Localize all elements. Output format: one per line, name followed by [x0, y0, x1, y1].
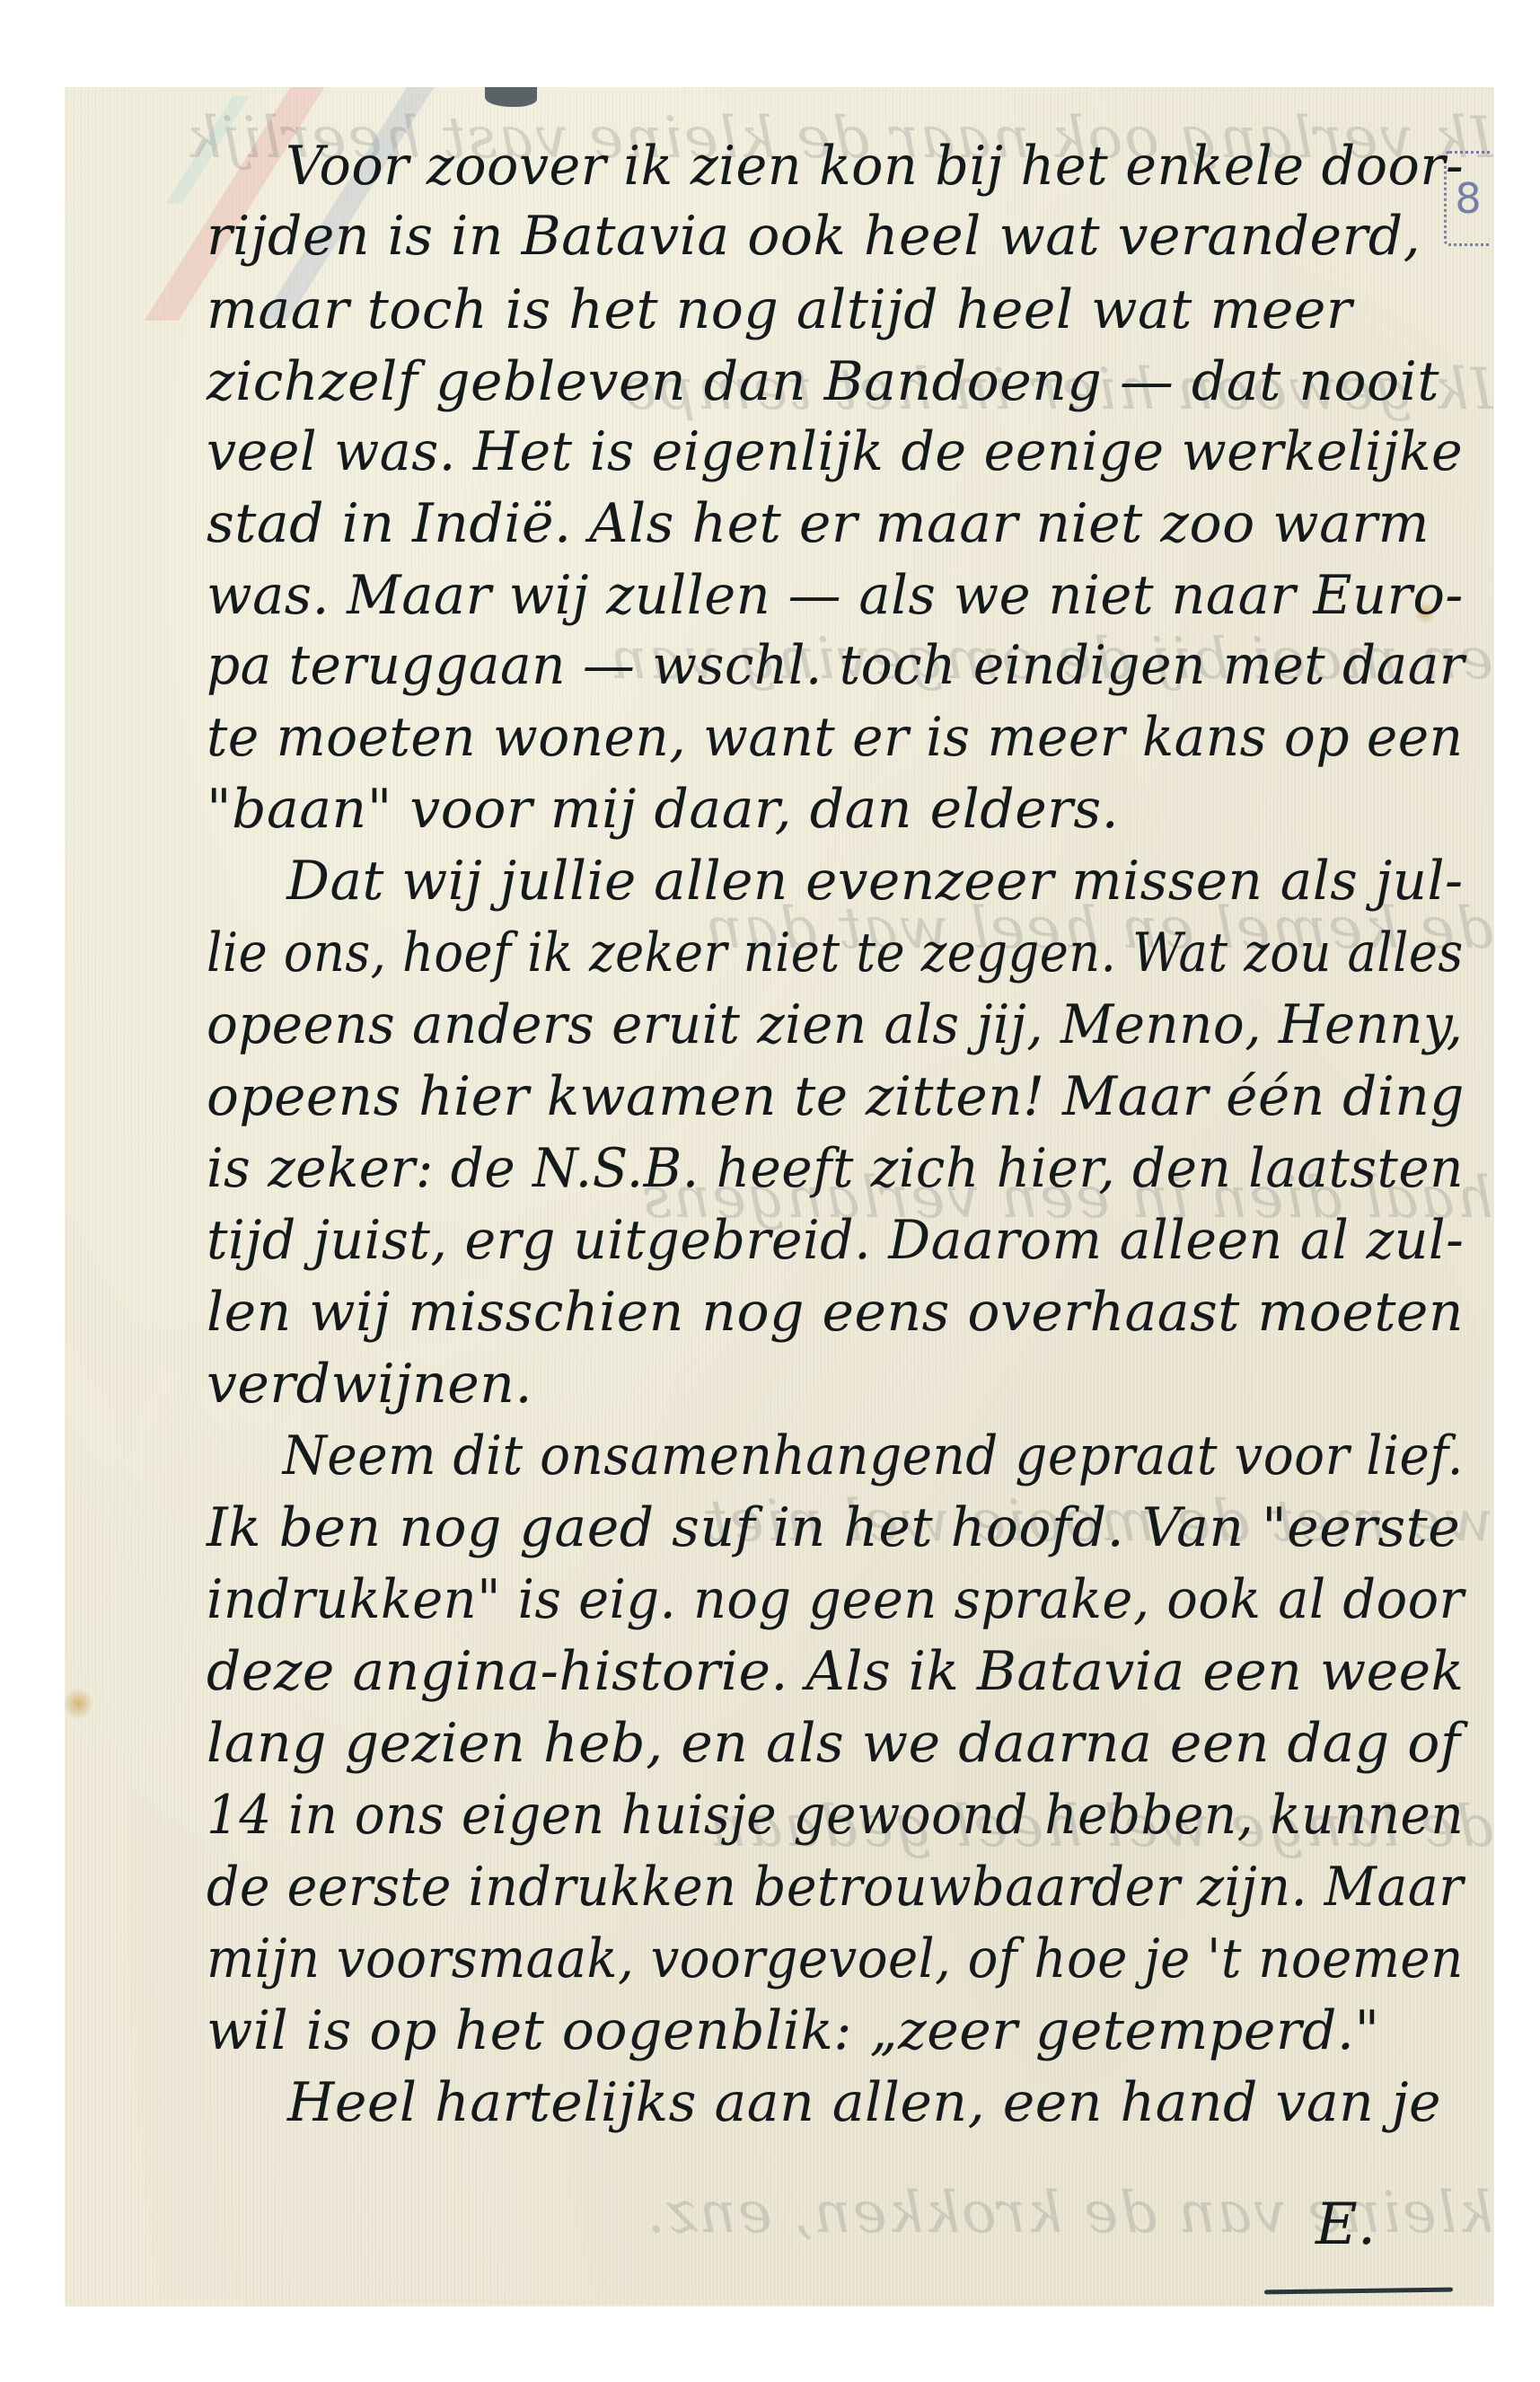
letter-line: "baan" voor mij daar, dan elders. [207, 778, 1119, 841]
letter-line: Voor zoover ik zien kon bij het enkele d… [207, 135, 1464, 198]
scan-background: 8 Ik verlang ook naar de kleine vast hee… [0, 0, 1540, 2382]
letter-line: 14 in ons eigen huisje gewoond hebben, k… [207, 1784, 1464, 1847]
rust-stain [65, 1686, 92, 1722]
letter-line: maar toch is het nog altijd heel wat mee… [207, 278, 1352, 341]
letter-line: len wij misschien nog eens overhaast moe… [207, 1281, 1464, 1344]
ink-blot-mark [485, 87, 537, 107]
letter-line: lie ons, hoef ik zeker niet te zeggen. W… [207, 922, 1464, 984]
letter-line: was. Maar wij zullen — als we niet naar … [207, 564, 1464, 627]
letter-line: deze angina-historie. Als ik Batavia een… [207, 1640, 1464, 1703]
letter-line: Neem dit onsamenhangend gepraat voor lie… [207, 1425, 1464, 1487]
letter-line: wil is op het oogenblik: „zeer getemperd… [207, 1999, 1380, 2062]
letter-line: lang gezien heb, en als we daarna een da… [207, 1712, 1461, 1775]
letter-line: pa teruggaan — wschl. toch eindigen met … [207, 634, 1465, 697]
letter-line: te moeten wonen, want er is meer kans op… [207, 706, 1464, 769]
letter-line: verdwijnen. [207, 1353, 532, 1416]
letter-line: indrukken" is eig. nog geen sprake, ook … [207, 1568, 1465, 1631]
letter-line: zichzelf gebleven dan Bandoeng — dat noo… [207, 350, 1439, 413]
signature: E. [1316, 2192, 1376, 2258]
letter-line: opeens hier kwamen te zitten! Maar één d… [207, 1065, 1465, 1128]
letter-line: Heel hartelijks aan allen, een hand van … [207, 2071, 1441, 2134]
letter-line: opeens anders eruit zien als jij, Menno,… [207, 993, 1463, 1056]
letter-line: is zeker: de N.S.B. heeft zich hier, den… [207, 1137, 1464, 1200]
letter-line: Dat wij jullie allen evenzeer missen als… [207, 850, 1464, 913]
letter-line: Ik ben nog gaed suf in het hoofd. Van "e… [207, 1496, 1460, 1559]
letter-line: de eerste indrukken betrouwbaarder zijn.… [207, 1856, 1464, 1919]
letter-line: veel was. Het is eigenlijk de eenige wer… [207, 420, 1463, 483]
letter-line: mijn voorsmaak, voorgevoel, of hoe je 't… [207, 1928, 1464, 1990]
letter-line: tijd juist, erg uitgebreid. Daarom allee… [207, 1209, 1464, 1272]
letter-line: stad in Indië. Als het er maar niet zoo … [207, 492, 1430, 555]
letter-line: rijden is in Batavia ook heel wat verand… [207, 205, 1421, 268]
